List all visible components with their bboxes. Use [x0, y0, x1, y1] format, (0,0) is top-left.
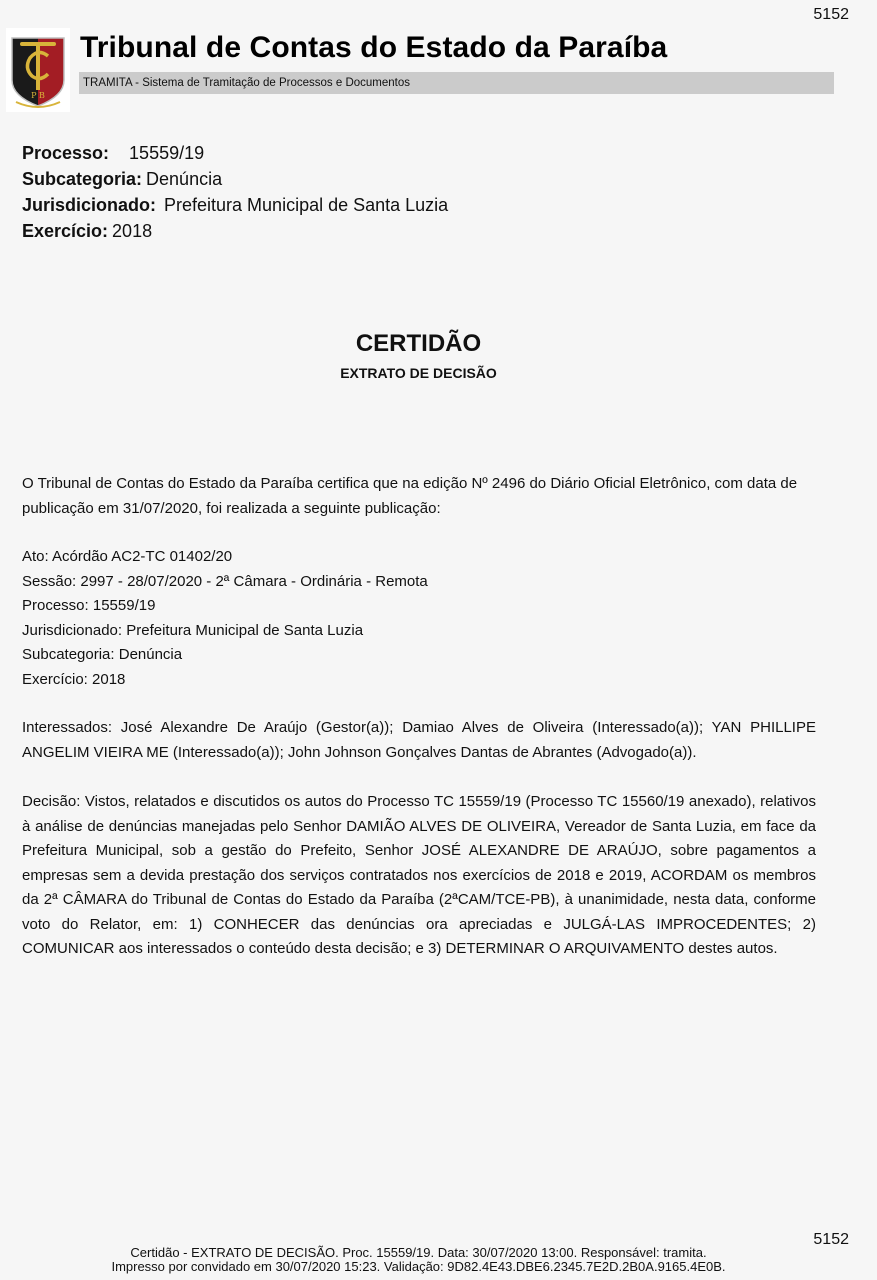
sessao-line: Sessão: 2997 - 28/07/2020 - 2ª Câmara - …: [22, 570, 816, 595]
meta-exercicio-value: 2018: [112, 221, 152, 241]
meta-processo-value: 15559/19: [129, 143, 204, 163]
interessados-paragraph: Interessados: José Alexandre De Araújo (…: [22, 716, 816, 765]
meta-jurisdicionado-value: Prefeitura Municipal de Santa Luzia: [164, 195, 448, 215]
meta-processo-label: Processo:: [22, 143, 109, 163]
tce-pb-crest-icon: P B: [6, 28, 70, 112]
certificate-subtitle: EXTRATO DE DECISÃO: [0, 365, 837, 381]
processo-line: Processo: 15559/19: [22, 594, 816, 619]
svg-text:P B: P B: [31, 91, 45, 100]
header-title: Tribunal de Contas do Estado da Paraíba: [80, 31, 667, 65]
meta-exercicio-label: Exercício:: [22, 221, 108, 241]
meta-subcategoria-label: Subcategoria:: [22, 169, 142, 189]
page-number-top: 5152: [813, 6, 849, 24]
footer-line-1: Certidão - EXTRATO DE DECISÃO. Proc. 155…: [0, 1246, 837, 1260]
ato-line: Ato: Acórdão AC2-TC 01402/20: [22, 545, 816, 570]
intro-paragraph: O Tribunal de Contas do Estado da Paraíb…: [22, 472, 816, 521]
process-metadata: Processo:15559/19 Subcategoria:Denúncia …: [22, 140, 448, 244]
ato-details: Ato: Acórdão AC2-TC 01402/20 Sessão: 299…: [22, 545, 816, 692]
meta-jurisdicionado: Jurisdicionado:Prefeitura Municipal de S…: [22, 192, 448, 218]
subcategoria-line: Subcategoria: Denúncia: [22, 643, 816, 668]
exercicio-line: Exercício: 2018: [22, 668, 816, 693]
header-subtitle-bar: TRAMITA - Sistema de Tramitação de Proce…: [79, 72, 834, 94]
meta-subcategoria-value: Denúncia: [146, 169, 222, 189]
meta-jurisdicionado-label: Jurisdicionado:: [22, 195, 156, 215]
jurisdicionado-line: Jurisdicionado: Prefeitura Municipal de …: [22, 619, 816, 644]
meta-exercicio: Exercício:2018: [22, 218, 448, 244]
certificate-title: CERTIDÃO: [0, 330, 837, 358]
meta-processo: Processo:15559/19: [22, 140, 448, 166]
decisao-paragraph: Decisão: Vistos, relatados e discutidos …: [22, 790, 816, 962]
footer: Certidão - EXTRATO DE DECISÃO. Proc. 155…: [0, 1246, 837, 1274]
footer-line-2: Impresso por convidado em 30/07/2020 15:…: [0, 1260, 837, 1274]
meta-subcategoria: Subcategoria:Denúncia: [22, 166, 448, 192]
